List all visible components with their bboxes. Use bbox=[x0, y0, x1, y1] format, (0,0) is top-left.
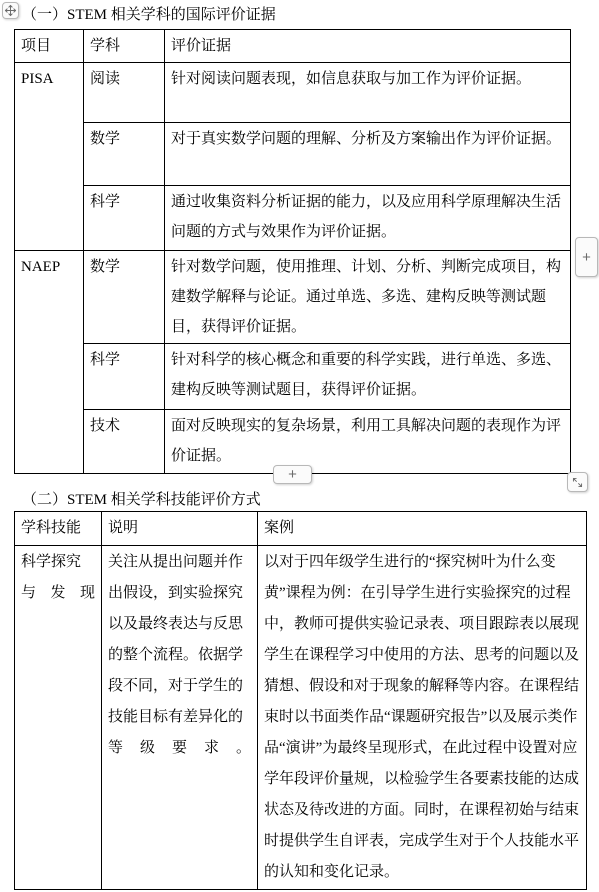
table-row: PISA 阅读 针对阅读问题表现，如信息获取与加工作为评价证据。 bbox=[15, 63, 571, 123]
cell-evidence[interactable]: 通过收集资料分析证据的能力，以及应用科学原理解决生活问题的方式与效果作为评价证据… bbox=[165, 186, 571, 251]
header-skill[interactable]: 学科技能 bbox=[15, 512, 102, 546]
document-canvas: （一）STEM 相关学科的国际评价证据 项目 学科 评价证据 PISA 阅读 针… bbox=[0, 0, 599, 892]
table-row: 科学探究与发现 关注从提出问题并作出假设，到实验探究以及最终表达与反思的整个流程… bbox=[15, 546, 587, 890]
cell-evidence[interactable]: 针对科学的核心概念和重要的科学实践，进行单选、多选、建构反映等测试题目，获得评价… bbox=[165, 344, 571, 410]
table-resize-button[interactable] bbox=[567, 472, 588, 492]
skill-evaluation-table: 学科技能 说明 案例 科学探究与发现 关注从提出问题并作出假设，到实验探究以及最… bbox=[14, 511, 587, 890]
table-row: 数学 对于真实数学问题的理解、分析及方案输出作为评价证据。 bbox=[15, 123, 571, 186]
cell-evidence[interactable]: 面对反映现实的复杂场景，利用工具解决问题的表现作为评价证据。 bbox=[165, 410, 571, 474]
plus-icon: + bbox=[582, 250, 591, 265]
cell-project-naep[interactable]: NAEP bbox=[15, 251, 84, 474]
cell-example[interactable]: 以对于四年级学生进行的“探究树叶为什么变黄”课程为例：在引导学生进行实验探究的过… bbox=[258, 546, 587, 890]
move-handle-button[interactable] bbox=[2, 2, 19, 19]
cell-subject[interactable]: 数学 bbox=[84, 123, 165, 186]
section1-title[interactable]: （一）STEM 相关学科的国际评价证据 bbox=[22, 5, 276, 25]
cell-subject[interactable]: 科学 bbox=[84, 186, 165, 251]
table-row: 科学 通过收集资料分析证据的能力，以及应用科学原理解决生活问题的方式与效果作为评… bbox=[15, 186, 571, 251]
cell-subject[interactable]: 数学 bbox=[84, 251, 165, 344]
cell-project-pisa[interactable]: PISA bbox=[15, 63, 84, 251]
cell-subject[interactable]: 阅读 bbox=[84, 63, 165, 123]
header-description[interactable]: 说明 bbox=[102, 512, 258, 546]
header-project[interactable]: 项目 bbox=[15, 30, 84, 63]
cell-description[interactable]: 关注从提出问题并作出假设，到实验探究以及最终表达与反思的整个流程。依据学段不同，… bbox=[102, 546, 258, 890]
cell-evidence[interactable]: 对于真实数学问题的理解、分析及方案输出作为评价证据。 bbox=[165, 123, 571, 186]
header-subject[interactable]: 学科 bbox=[84, 30, 165, 63]
header-evidence[interactable]: 评价证据 bbox=[165, 30, 571, 63]
table-row: 科学 针对科学的核心概念和重要的科学实践，进行单选、多选、建构反映等测试题目，获… bbox=[15, 344, 571, 410]
cell-skill[interactable]: 科学探究与发现 bbox=[15, 546, 102, 890]
cell-subject[interactable]: 科学 bbox=[84, 344, 165, 410]
cell-evidence[interactable]: 针对阅读问题表现，如信息获取与加工作为评价证据。 bbox=[165, 63, 571, 123]
add-row-button[interactable]: + bbox=[273, 465, 312, 484]
cell-subject[interactable]: 技术 bbox=[84, 410, 165, 474]
expand-diagonal-icon bbox=[571, 476, 584, 489]
add-column-button[interactable]: + bbox=[575, 237, 598, 277]
cell-evidence[interactable]: 针对数学问题，使用推理、计划、分析、判断完成项目，构建数学解释与论证。通过单选、… bbox=[165, 251, 571, 344]
section2-title[interactable]: （二）STEM 相关学科技能评价方式 bbox=[22, 490, 261, 510]
table-row: 技术 面对反映现实的复杂场景，利用工具解决问题的表现作为评价证据。 bbox=[15, 410, 571, 474]
table-row: NAEP 数学 针对数学问题，使用推理、计划、分析、判断完成项目，构建数学解释与… bbox=[15, 251, 571, 344]
move-icon bbox=[4, 4, 17, 17]
header-example[interactable]: 案例 bbox=[258, 512, 587, 546]
table-header-row: 学科技能 说明 案例 bbox=[15, 512, 587, 546]
international-evidence-table: 项目 学科 评价证据 PISA 阅读 针对阅读问题表现，如信息获取与加工作为评价… bbox=[14, 29, 571, 474]
plus-icon: + bbox=[288, 467, 297, 482]
table-header-row: 项目 学科 评价证据 bbox=[15, 30, 571, 63]
